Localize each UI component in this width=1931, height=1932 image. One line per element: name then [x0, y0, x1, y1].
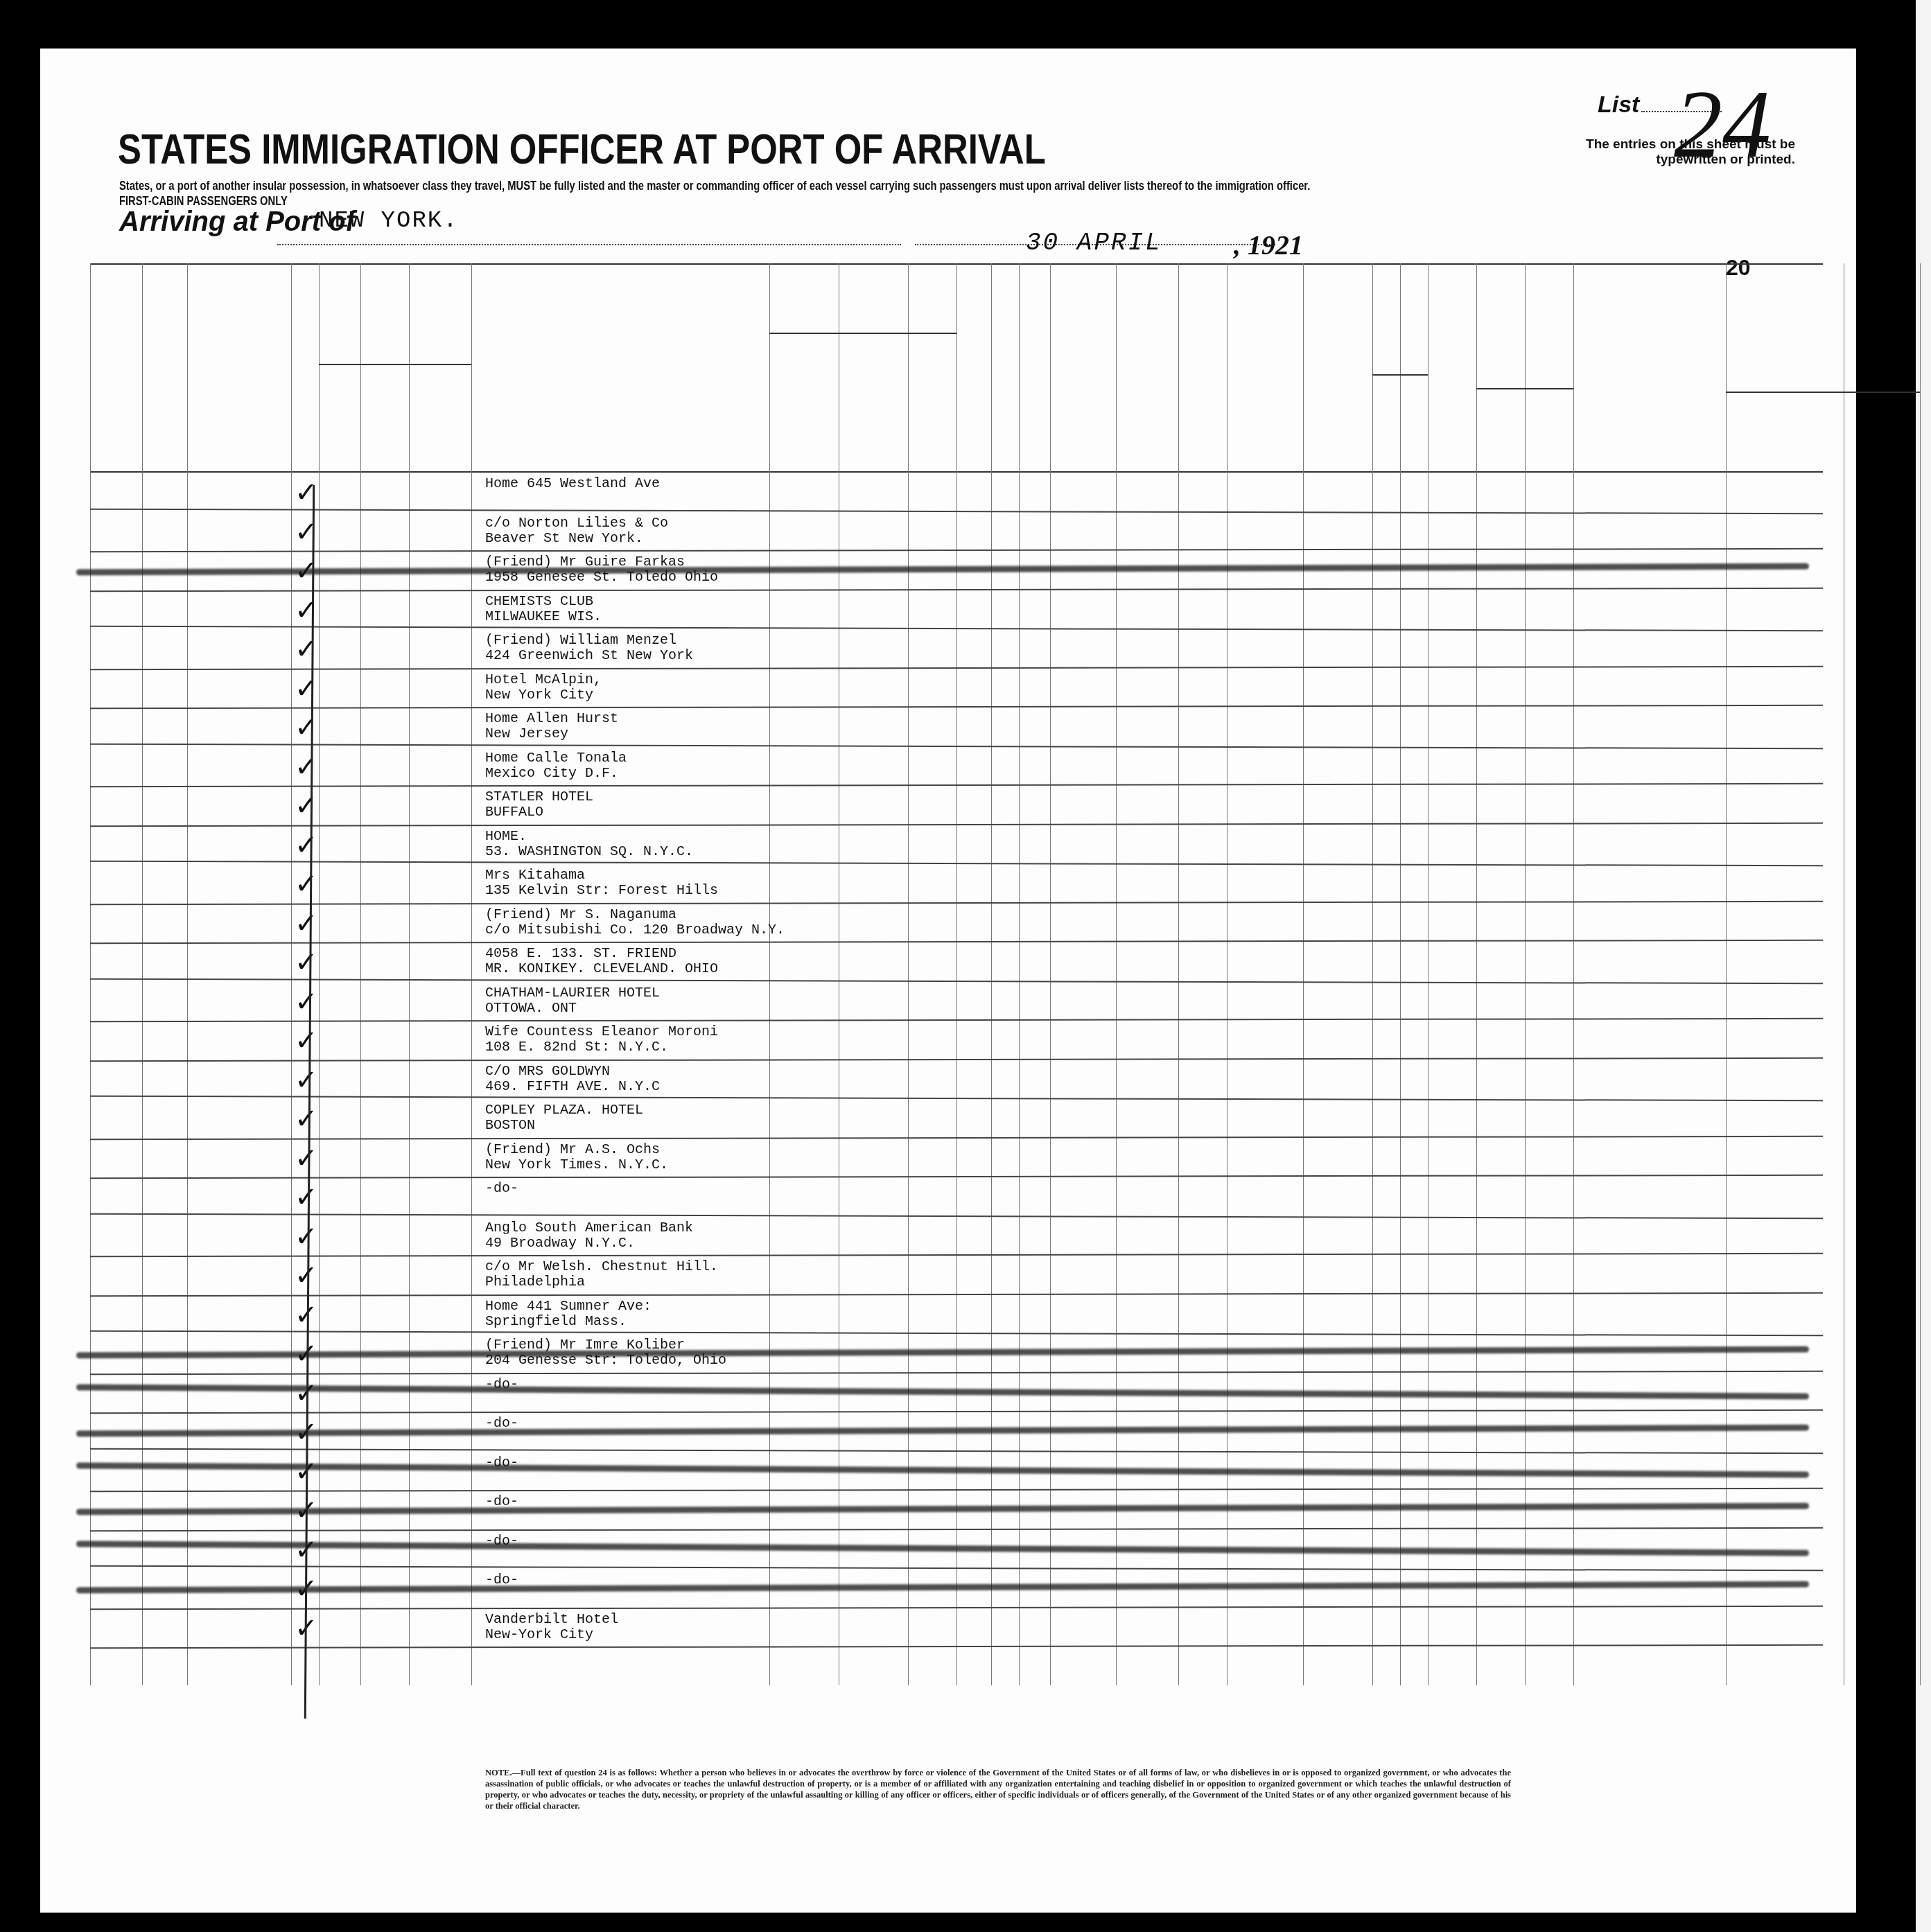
- struck-out-row: [76, 563, 1809, 576]
- join-relative-line-2: MILWAUKEE WIS.: [485, 610, 602, 625]
- join-relative-line-1: 4058 E. 133. ST. FRIEND: [485, 947, 676, 962]
- column-rule: [291, 263, 292, 1685]
- join-relative-line-1: Anglo South American Bank: [485, 1221, 693, 1236]
- arrival-year: , 1921: [1234, 229, 1303, 261]
- checkmark-icon: ✓: [295, 829, 318, 861]
- join-relative-line-1: Home Allen Hurst: [485, 712, 618, 727]
- join-relative-line-1: Wife Countess Eleanor Moroni: [485, 1025, 718, 1040]
- struck-out-row: [76, 1581, 1809, 1594]
- column-rule: [471, 263, 472, 1685]
- checkmark-icon: ✓: [295, 1182, 318, 1213]
- column-rule: [187, 263, 188, 1685]
- column-rule: [1920, 263, 1921, 1685]
- checkmark-icon: ✓: [295, 1221, 318, 1253]
- list-label: List: [1598, 91, 1639, 118]
- port-line: [277, 244, 901, 245]
- manifest-table: ✓Home 645 Westland Ave✓c/o Norton Lilies…: [90, 263, 1802, 1719]
- subheader-rule: [1372, 374, 1428, 376]
- join-relative-line-2: Philadelphia: [485, 1275, 585, 1290]
- join-relative-line-1: Mrs Kitahama: [485, 868, 585, 884]
- join-relative-line-1: Hotel McAlpin,: [485, 673, 602, 688]
- checkmark-icon: ✓: [295, 673, 318, 705]
- join-relative-line-1: Home 645 Westland Ave: [485, 477, 660, 492]
- subheader-rule: [769, 333, 956, 334]
- checkmark-icon: ✓: [295, 712, 318, 744]
- join-relative-line-1: CHATHAM-LAURIER HOTEL: [485, 986, 660, 1001]
- question-24-note: NOTE.—Full text of question 24 is as fol…: [485, 1767, 1511, 1811]
- join-relative-line-2: 424 Greenwich St New York: [485, 649, 693, 664]
- join-relative-line-2: 108 E. 82nd St: N.Y.C.: [485, 1040, 668, 1055]
- checkmark-icon: ✓: [295, 1143, 318, 1175]
- struck-out-row: [76, 1462, 1809, 1477]
- checkmark-icon: ✓: [295, 1064, 318, 1096]
- join-relative-line-2: MR. KONIKEY. CLEVELAND. OHIO: [485, 962, 718, 977]
- join-relative-line-1: Home 441 Sumner Ave:: [485, 1299, 652, 1315]
- join-relative-line-1: Vanderbilt Hotel: [485, 1613, 618, 1628]
- checkmark-icon: ✓: [295, 986, 318, 1018]
- checkmark-icon: ✓: [295, 908, 318, 940]
- join-relative-line-2: BUFFALO: [485, 805, 543, 820]
- join-relative-line-2: 53. WASHINGTON SQ. N.Y.C.: [485, 845, 693, 860]
- join-relative-line-2: BOSTON: [485, 1118, 535, 1134]
- scan-right-edge: [1916, 0, 1931, 1932]
- join-relative-line-2: New Jersey: [485, 727, 568, 742]
- document-subtitle: States, or a port of another insular pos…: [119, 179, 1310, 193]
- join-relative-line-1: c/o Norton Lilies & Co: [485, 516, 668, 532]
- join-relative-line-1: COPLEY PLAZA. HOTEL: [485, 1103, 643, 1118]
- scan-left-border: [0, 0, 42, 1932]
- join-relative-line-2: 135 Kelvin Str: Forest Hills: [485, 884, 718, 899]
- join-relative-line-2: 469. FIFTH AVE. N.Y.C: [485, 1080, 660, 1095]
- checkmark-icon: ✓: [295, 751, 318, 783]
- column-rule: [90, 263, 91, 1685]
- join-relative-line-2: 49 Broadway N.Y.C.: [485, 1236, 635, 1252]
- column-rule: [319, 263, 320, 1685]
- join-relative-line-1: (Friend) William Menzel: [485, 633, 676, 649]
- port-of-arrival: NEW YORK.: [319, 208, 459, 234]
- join-relative-line-1: C/O MRS GOLDWYN: [485, 1064, 610, 1080]
- typewritten-note: The entries on this sheet must be typewr…: [1546, 137, 1795, 168]
- struck-out-row: [76, 1503, 1809, 1516]
- checkmark-icon: ✓: [295, 868, 318, 900]
- join-relative-line-1: (Friend) Mr A.S. Ochs: [485, 1143, 660, 1158]
- join-relative-line-2: c/o Mitsubishi Co. 120 Broadway N.Y.: [485, 923, 785, 938]
- join-relative-line-1: Home Calle Tonala: [485, 751, 627, 766]
- join-relative-line-2: New York Times. N.Y.C.: [485, 1158, 668, 1173]
- document-title: STATES IMMIGRATION OFFICER AT PORT OF AR…: [118, 125, 1046, 174]
- join-relative-line-1: c/o Mr Welsh. Chestnut Hill.: [485, 1260, 718, 1275]
- column-rule: [142, 263, 143, 1685]
- subheader-rule: [319, 364, 471, 365]
- join-relative-line-2: Beaver St New York.: [485, 532, 643, 547]
- struck-out-row: [76, 1384, 1809, 1399]
- checkmark-icon: ✓: [295, 1260, 318, 1292]
- join-relative-line-2: New-York City: [485, 1628, 593, 1643]
- struck-out-row: [76, 1425, 1809, 1437]
- struck-out-row: [76, 1540, 1809, 1556]
- subheader-rule: [1726, 392, 1920, 393]
- join-relative-line-1: CHEMISTS CLUB: [485, 595, 593, 610]
- checkmark-icon: ✓: [295, 595, 318, 626]
- checkmark-icon: ✓: [295, 1025, 318, 1057]
- column-rule: [409, 263, 410, 1685]
- checkmark-icon: ✓: [295, 1103, 318, 1135]
- column-rule: [360, 263, 361, 1685]
- join-relative-line-2: Mexico City D.F.: [485, 766, 618, 782]
- join-relative-line-1: -do-: [485, 1182, 518, 1197]
- join-relative-line-2: New York City: [485, 688, 593, 703]
- join-relative-line-1: HOME.: [485, 829, 527, 845]
- column-rule: [1844, 263, 1844, 1685]
- subheader-rule: [1476, 388, 1573, 389]
- checkmark-icon: ✓: [295, 947, 318, 978]
- struck-out-row: [76, 1346, 1809, 1359]
- checkmark-icon: ✓: [295, 633, 318, 665]
- join-relative-line-1: (Friend) Mr S. Naganuma: [485, 908, 676, 923]
- checkmark-icon: ✓: [295, 790, 318, 822]
- join-relative-line-2: OTTOWA. ONT: [485, 1001, 577, 1017]
- join-relative-line-1: STATLER HOTEL: [485, 790, 593, 805]
- arrival-date: 30 APRIL: [1026, 229, 1162, 257]
- join-relative-line-2: Springfield Mass.: [485, 1315, 627, 1330]
